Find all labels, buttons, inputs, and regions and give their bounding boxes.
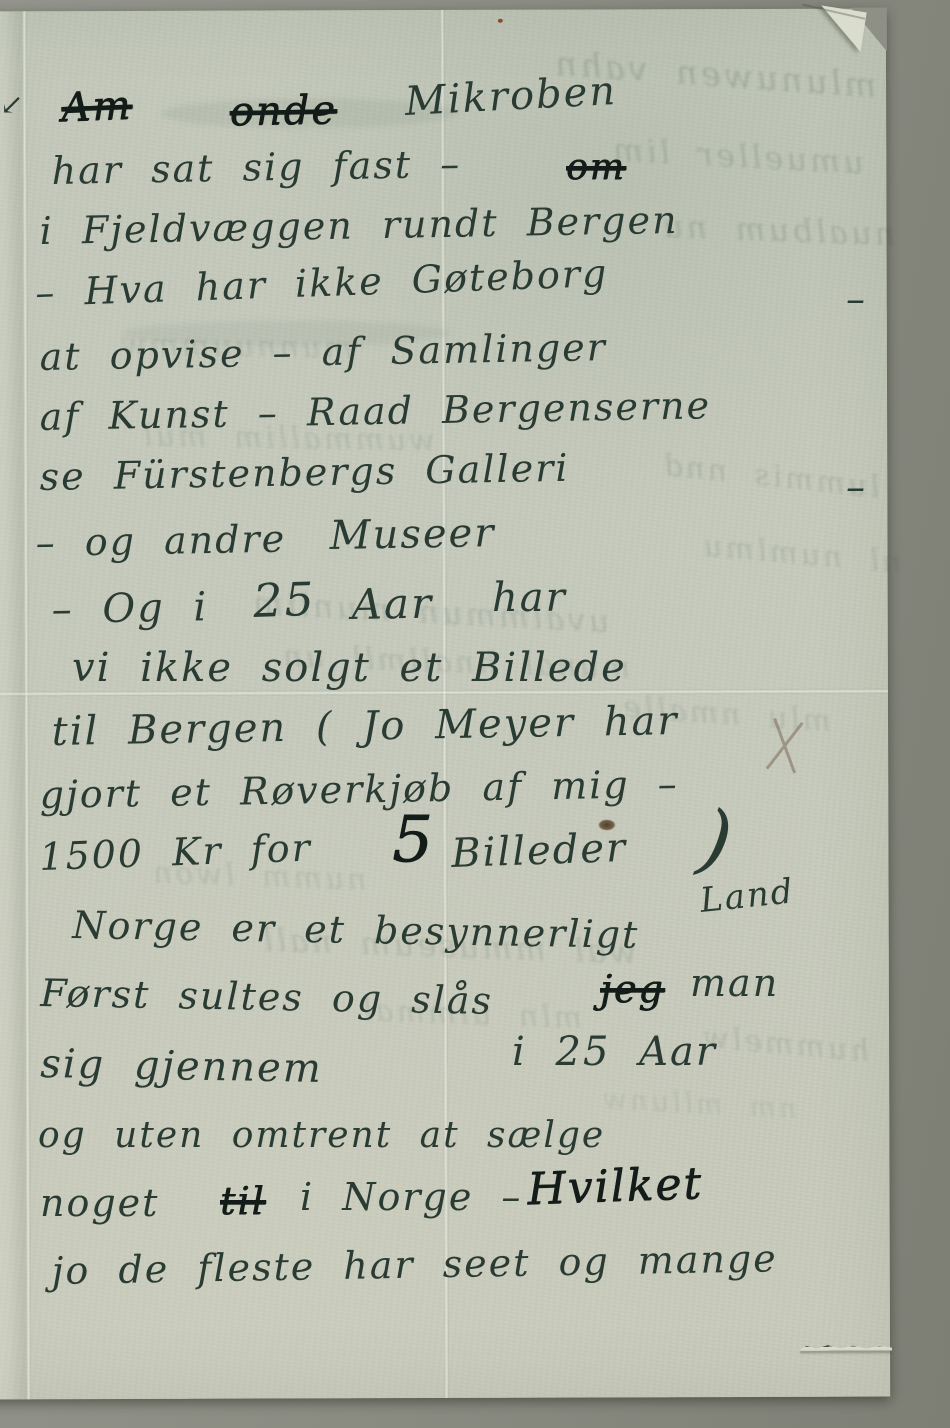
brown-ink-blot <box>598 819 615 830</box>
paper-tear-shadow <box>800 1351 892 1354</box>
letter-page <box>0 9 890 1400</box>
ink-smudge <box>160 98 460 129</box>
ink-smudge <box>121 320 451 347</box>
brown-x-mark <box>761 714 808 778</box>
red-ink-speck <box>498 19 503 23</box>
vertical-fold-crease <box>440 10 449 1398</box>
scan-background: mlunuwen vahnumueller limnualbum numunnu… <box>0 0 950 1428</box>
